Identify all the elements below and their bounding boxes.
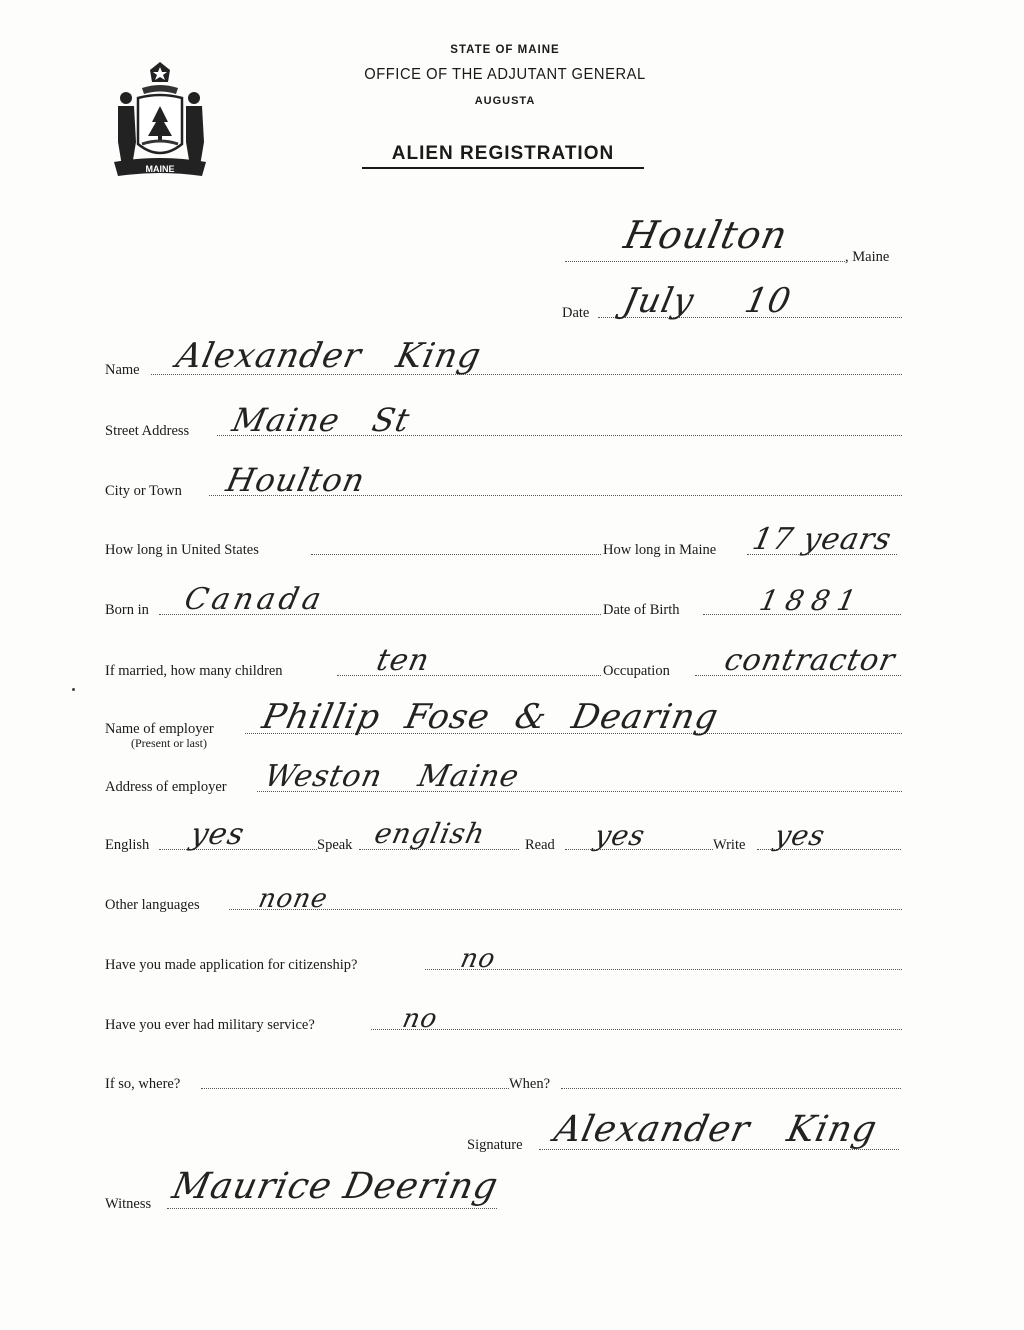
- how-long-us-field[interactable]: [311, 554, 601, 555]
- military-service-field[interactable]: Have you ever had military service? no: [105, 1014, 902, 1034]
- how-long-us-label: How long in United States: [105, 542, 259, 559]
- name-label: Name: [105, 362, 140, 379]
- date-label: Date: [562, 305, 589, 322]
- employer-address-field[interactable]: Address of employer Weston Maine: [105, 776, 902, 796]
- occupation-label: Occupation: [603, 663, 670, 680]
- signature-label: Signature: [467, 1137, 523, 1154]
- header-city: AUGUSTA: [300, 95, 710, 107]
- employer-address-label: Address of employer: [105, 779, 227, 796]
- witness-value: Maurice Deering: [169, 1169, 501, 1205]
- where-label: If so, where?: [105, 1076, 180, 1093]
- write-value: yes: [772, 822, 828, 850]
- date-field[interactable]: Date July 10: [562, 302, 902, 322]
- witness-field[interactable]: Witness Maurice Deering: [105, 1193, 500, 1213]
- where-field[interactable]: [201, 1088, 509, 1089]
- read-value: yes: [592, 822, 648, 850]
- svg-text:MAINE: MAINE: [146, 164, 175, 174]
- street-address-value: Maine St: [230, 404, 413, 436]
- name-value: Alexander King: [173, 339, 484, 373]
- signature-value: Alexander King: [551, 1112, 880, 1148]
- witness-label: Witness: [105, 1196, 151, 1213]
- city-label: City or Town: [105, 483, 182, 500]
- stray-mark: [72, 688, 75, 691]
- how-long-row: How long in United States How long in Ma…: [105, 539, 905, 559]
- city-field[interactable]: City or Town Houlton: [105, 480, 902, 500]
- employer-name-value: Phillip Fose & Dearing: [259, 700, 721, 734]
- date-of-birth-label: Date of Birth: [603, 602, 680, 619]
- citizenship-field[interactable]: Have you made application for citizenshi…: [105, 954, 902, 974]
- employer-name-sublabel: (Present or last): [131, 736, 207, 751]
- header-state: STATE OF MAINE: [300, 44, 710, 56]
- children-label: If married, how many children: [105, 663, 283, 680]
- english-value: yes: [188, 820, 247, 850]
- date-value: July 10: [620, 284, 794, 318]
- header-office: OFFICE OF THE ADJUTANT GENERAL: [316, 66, 693, 84]
- when-label: When?: [509, 1076, 550, 1093]
- form-title: ALIEN REGISTRATION: [362, 143, 644, 169]
- children-occupation-row: If married, how many children ten Occupa…: [105, 660, 905, 680]
- english-label: English: [105, 837, 149, 854]
- children-value: ten: [374, 646, 433, 676]
- military-service-label: Have you ever had military service?: [105, 1017, 315, 1034]
- speak-label: Speak: [317, 837, 352, 854]
- other-languages-value: none: [256, 886, 330, 912]
- where-when-row: If so, where? When?: [105, 1073, 905, 1093]
- place-suffix: , Maine: [845, 249, 889, 266]
- speak-value: english: [372, 820, 488, 848]
- alien-registration-form: MAINE STATE OF MAINE OFFICE OF THE ADJUT…: [0, 0, 1024, 1330]
- street-address-label: Street Address: [105, 423, 189, 440]
- occupation-value: contractor: [722, 646, 898, 676]
- street-address-field[interactable]: Street Address Maine St: [105, 420, 902, 440]
- place-field[interactable]: , Maine Houlton: [565, 246, 905, 266]
- military-service-value: no: [400, 1006, 440, 1032]
- other-languages-label: Other languages: [105, 897, 200, 914]
- city-value: Houlton: [224, 464, 369, 496]
- born-in-value: Canada: [182, 585, 328, 615]
- signature-field[interactable]: Signature Alexander King: [467, 1134, 907, 1154]
- other-languages-field[interactable]: Other languages none: [105, 894, 902, 914]
- birth-row: Born in Canada Date of Birth 1881: [105, 599, 905, 619]
- place-value: Houlton: [621, 216, 791, 254]
- citizenship-value: no: [458, 946, 498, 972]
- employer-name-field[interactable]: Name of employer Phillip Fose & Dearing: [105, 718, 902, 738]
- name-field[interactable]: Name Alexander King: [105, 359, 902, 379]
- how-long-maine-value: 17 years: [750, 525, 894, 555]
- english-row: English yes Speak english Read yes Write…: [105, 834, 905, 854]
- employer-address-value: Weston Maine: [262, 762, 522, 792]
- state-of-maine-seal-icon: MAINE: [108, 58, 212, 184]
- how-long-maine-label: How long in Maine: [603, 542, 716, 559]
- born-in-label: Born in: [105, 602, 149, 619]
- when-field[interactable]: [561, 1088, 901, 1089]
- read-label: Read: [525, 837, 555, 854]
- date-of-birth-value: 1881: [757, 587, 866, 615]
- citizenship-label: Have you made application for citizenshi…: [105, 957, 357, 974]
- write-label: Write: [713, 837, 745, 854]
